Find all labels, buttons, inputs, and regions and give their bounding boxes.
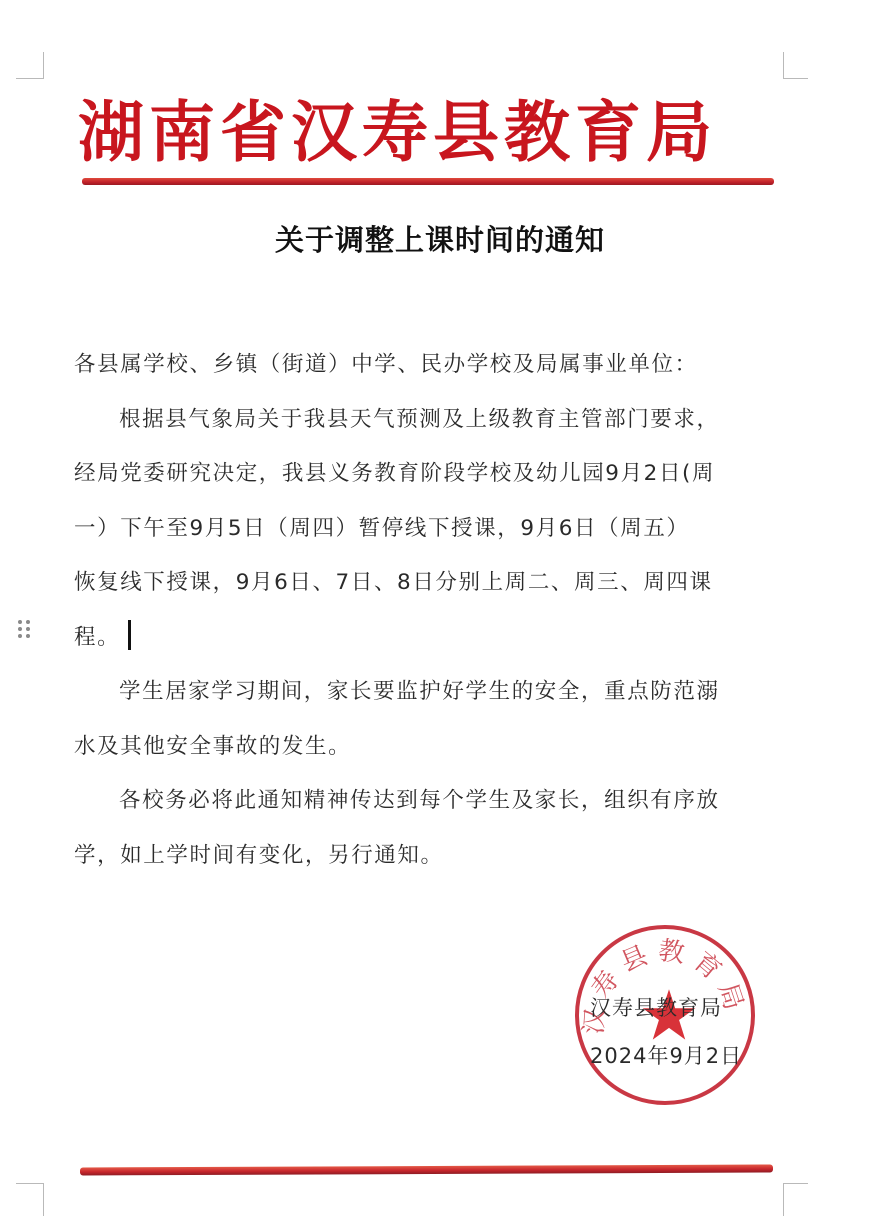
page-corner-mark-top-right [783,52,808,79]
paragraph-2: 学生居家学习期间，家长要监护好学生的安全，重点防范溺 水及其他安全事故的发生。 [74,665,804,774]
signature-date: 2024年9月2日 [590,1040,742,1070]
text-caret [128,620,131,650]
document-title: 关于调整上课时间的通知 [0,218,880,259]
page-corner-mark-bottom-right [783,1183,808,1216]
document-body[interactable]: 各县属学校、乡镇（街道）中学、民办学校及局属事业单位： 根据县气象局关于我县天气… [74,338,804,883]
paragraph-1: 根据县气象局关于我县天气预测及上级教育主管部门要求， 经局党委研究决定，我县义务… [74,393,804,666]
signature-org: 汉寿县教育局 [590,992,722,1022]
letterhead-red-rule [82,178,774,185]
footer-red-rule [80,1164,773,1175]
drag-handle-icon[interactable] [18,620,32,640]
paragraph-3: 各校务必将此通知精神传达到每个学生及家长，组织有序放 学，如上学时间有变化，另行… [74,774,804,883]
letterhead-org-name: 湖南省汉寿县教育局 [78,92,778,172]
salutation: 各县属学校、乡镇（街道）中学、民办学校及局属事业单位： [74,338,804,393]
page-corner-mark-top-left [16,52,44,79]
page-corner-mark-bottom-left [16,1183,44,1216]
